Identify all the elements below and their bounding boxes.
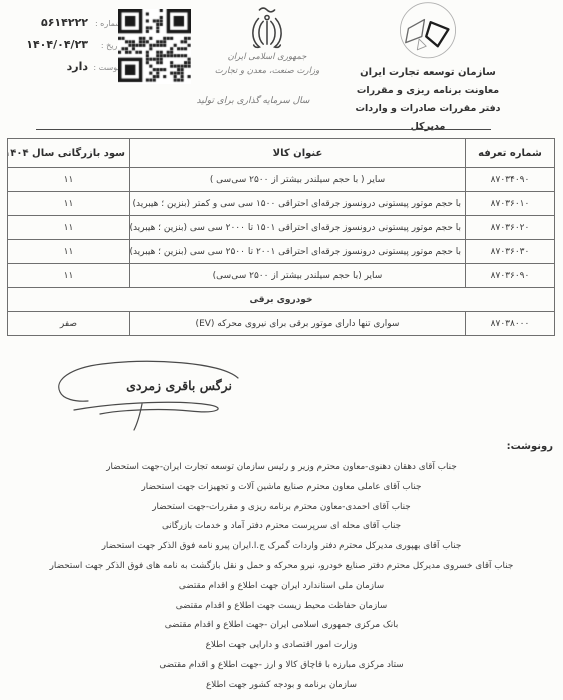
- trade-profit-cell: ۱۱: [8, 192, 130, 216]
- tariff-code-cell: ۸۷۰۳۶۰۳۰: [466, 240, 555, 264]
- svg-text:Trade Promotion Organization o: Trade Promotion Organization of Iran: [392, 0, 396, 2]
- letter-date-row: تاریخ : ۱۴۰۴/۰۴/۲۳: [14, 38, 122, 51]
- tariff-code-cell: ۸۷۰۳۶۰۲۰: [466, 216, 555, 240]
- letter-attachment-label: پیوست :: [88, 63, 122, 72]
- iran-emblem-icon: [248, 6, 286, 50]
- trade-profit-cell: صفر: [8, 312, 130, 336]
- goods-title-cell: با حجم موتور پیستونی درونسوز جرقه‌ای احت…: [130, 216, 466, 240]
- cc-item: ستاد مرکزی مبارزه با قاچاق کالا و ارز -ج…: [0, 656, 563, 676]
- cc-list: جناب آقای دهقان دهنوی-معاون محترم وزیر و…: [0, 458, 563, 696]
- signature-block: نرگس باقری زمردی: [30, 352, 260, 438]
- tariff-table: شماره تعرفه عنوان کالا سود بازرگانی سال …: [7, 138, 555, 336]
- year-slogan: سال سرمایه گذاری برای تولید: [188, 96, 318, 106]
- tariff-row: ۸۷۰۳۶۰۲۰با حجم موتور پیستونی درونسوز جرق…: [8, 216, 555, 240]
- organization-header: Trade Promotion Organization of Iran ساز…: [343, 0, 513, 136]
- signer-name: نرگس باقری زمردی: [126, 378, 232, 393]
- letter-number-label: شماره :: [88, 19, 122, 28]
- scanned-letter-page: شماره : ۵۶۱۴۲۲۲ تاریخ : ۱۴۰۴/۰۴/۲۳ پیوست…: [0, 0, 563, 700]
- cc-item: جناب آقای خسروی مدیرکل محترم دفتر صنایع …: [0, 557, 563, 577]
- cc-item: سازمان برنامه و بودجه کشور جهت اطلاع: [0, 676, 563, 696]
- tariff-row: خودروی برقی: [8, 288, 555, 312]
- letter-date-label: تاریخ :: [88, 41, 122, 50]
- col-header-goods-title: عنوان کالا: [130, 139, 466, 168]
- tariff-row: ۸۷۰۳۶۰۱۰با حجم موتور پیستونی درونسوز جرق…: [8, 192, 555, 216]
- cc-item: جناب آقای بهپوری مدیرکل محترم دفتر واردا…: [0, 537, 563, 557]
- country-name: جمهوری اسلامی ایران: [210, 50, 324, 64]
- section-row-label: خودروی برقی: [8, 288, 555, 312]
- tpo-logo-icon: Trade Promotion Organization of Iran: [392, 0, 464, 64]
- cc-item: وزارت امور اقتصادی و دارایی جهت اطلاع: [0, 636, 563, 656]
- tariff-row: ۸۷۰۳۶۰۹۰سایر (با حجم سیلندر بیشتر از ۲۵۰…: [8, 264, 555, 288]
- letter-number-row: شماره : ۵۶۱۴۲۲۲: [14, 16, 122, 29]
- tariff-code-cell: ۸۷۰۳۴۰۹۰: [466, 168, 555, 192]
- cc-item: بانک مرکزی جمهوری اسلامی ایران -جهت اطلا…: [0, 616, 563, 636]
- goods-title-cell: سایر ( با حجم سیلندر بیشتر از ۲۵۰۰ سی‌سی…: [130, 168, 466, 192]
- signature-flourish-icon: [30, 352, 260, 438]
- letter-number-value: ۵۶۱۴۲۲۲: [41, 16, 88, 29]
- tpo-logo-ring-text: Trade Promotion Organization of Iran: [392, 0, 396, 2]
- tariff-code-cell: ۸۷۰۳۶۰۱۰: [466, 192, 555, 216]
- trade-profit-cell: ۱۱: [8, 264, 130, 288]
- cc-item: جناب آقای محله ای سرپرست محترم دفتر آماد…: [0, 517, 563, 537]
- org-office: دفتر مقررات صادرات و واردات: [343, 100, 513, 118]
- ministry-name: وزارت صنعت، معدن و تجارت: [210, 64, 324, 78]
- org-role: مدیرکل: [343, 118, 513, 136]
- cc-item: جناب آقای دهقان دهنوی-معاون محترم وزیر و…: [0, 458, 563, 478]
- cc-item: جناب آقای احمدی-معاون محترم برنامه ریزی …: [0, 498, 563, 518]
- government-header: جمهوری اسلامی ایران وزارت صنعت، معدن و ت…: [210, 6, 324, 78]
- org-deputy: معاونت برنامه ریزی و مقررات: [343, 82, 513, 100]
- trade-profit-cell: ۱۱: [8, 168, 130, 192]
- goods-title-cell: سایر (با حجم سیلندر بیشتر از ۲۵۰۰ سی‌سی): [130, 264, 466, 288]
- header-divider: [36, 129, 491, 130]
- cc-item: جناب آقای عاملی معاون محترم صنایع ماشین …: [0, 478, 563, 498]
- cc-item: سازمان ملی استاندارد ایران جهت اطلاع و ا…: [0, 577, 563, 597]
- goods-title-cell: با حجم موتور پیستونی درونسوز جرقه‌ای احت…: [130, 192, 466, 216]
- qr-code: [118, 9, 191, 84]
- letter-date-value: ۱۴۰۴/۰۴/۲۳: [26, 38, 88, 51]
- tariff-row: ۸۷۰۳۶۰۳۰با حجم موتور پیستونی درونسوز جرق…: [8, 240, 555, 264]
- qr-code-canvas: [118, 9, 191, 84]
- cc-item: سازمان حفاظت محیط زیست جهت اطلاع و اقدام…: [0, 597, 563, 617]
- letter-attachment-row: پیوست : دارد: [14, 60, 122, 73]
- letter-attachment-value: دارد: [67, 60, 88, 73]
- trade-profit-cell: ۱۱: [8, 216, 130, 240]
- goods-title-cell: سواری تنها دارای موتور برقی برای نیروی م…: [130, 312, 466, 336]
- tariff-row: ۸۷۰۳۴۰۹۰سایر ( با حجم سیلندر بیشتر از ۲۵…: [8, 168, 555, 192]
- tariff-code-cell: ۸۷۰۳۶۰۹۰: [466, 264, 555, 288]
- col-header-trade-profit: سود بازرگانی سال ۱۴۰۴: [8, 139, 130, 168]
- goods-title-cell: با حجم موتور پیستونی درونسوز جرقه‌ای احت…: [130, 240, 466, 264]
- tariff-code-cell: ۸۷۰۳۸۰۰۰: [466, 312, 555, 336]
- cc-label: رونوشت:: [0, 441, 563, 452]
- col-header-tariff-number: شماره تعرفه: [466, 139, 555, 168]
- trade-profit-cell: ۱۱: [8, 240, 130, 264]
- cc-section: رونوشت: جناب آقای دهقان دهنوی-معاون محتر…: [0, 441, 563, 696]
- letter-meta-block: شماره : ۵۶۱۴۲۲۲ تاریخ : ۱۴۰۴/۰۴/۲۳ پیوست…: [14, 16, 122, 82]
- tariff-row: ۸۷۰۳۸۰۰۰سواری تنها دارای موتور برقی برای…: [8, 312, 555, 336]
- tariff-header-row: شماره تعرفه عنوان کالا سود بازرگانی سال …: [8, 139, 555, 168]
- org-name: سازمان توسعه تجارت ایران: [343, 64, 513, 82]
